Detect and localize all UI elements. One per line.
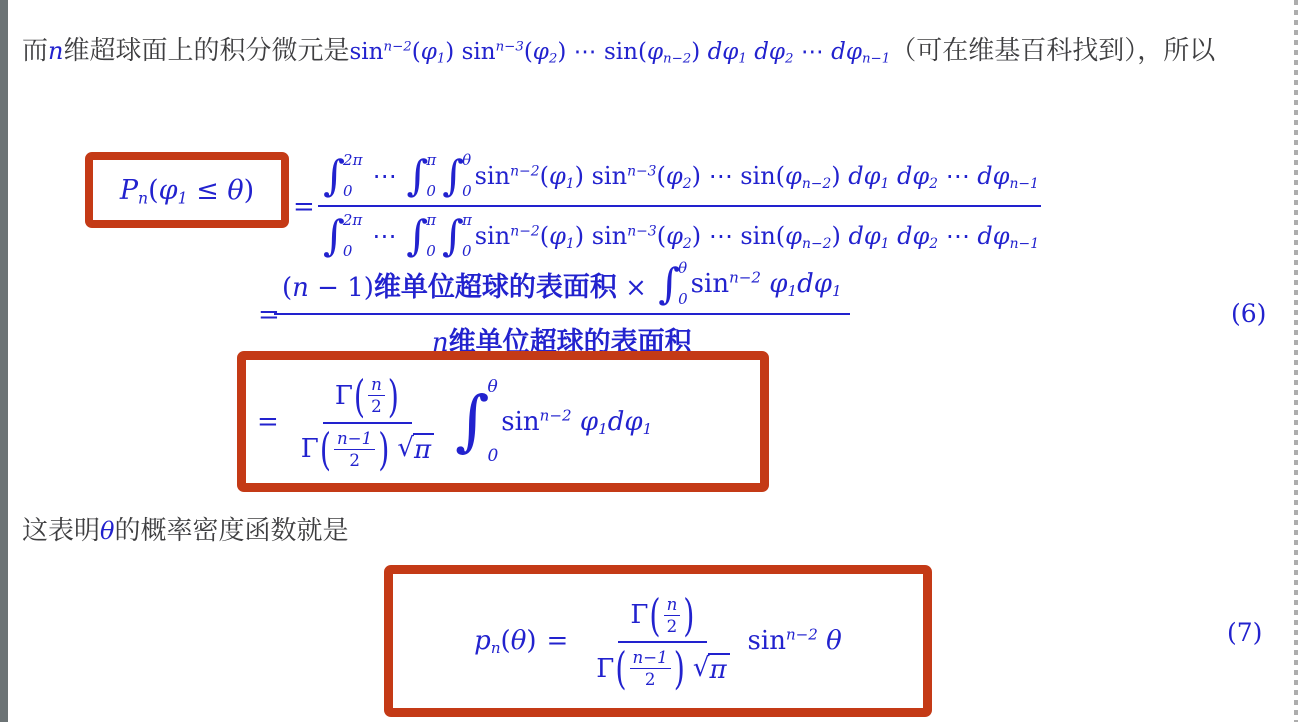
eq6-line1-equals: = [293,192,315,222]
radical-icon: √ [693,653,710,683]
left-edge-bar [0,0,8,722]
integral-icon: ∫ [442,156,464,196]
integral-0-2pi: ∫2π0 [323,152,362,200]
gamma-symbol: Γ [630,600,648,630]
eq6-lhs: Pn(φ1 ≤ θ) [120,175,254,206]
right-paren: ) [378,427,389,471]
gamma-fraction: Γ ( n2 ) Γ ( n−12 ) √π [584,593,741,690]
sfrac-bottom: 2 [371,396,382,416]
eq6-line1-denominator: ∫2π0 ⋯ ∫π0 ∫π0 sinn−2(φ1) sinn−3(φ2) ⋯ s… [318,207,1041,260]
integral-icon: ∫ [323,156,345,196]
integral-lower-limit: 0 [678,292,688,307]
eq6-line1-numerator: ∫2π0 ⋯ ∫π0 ∫θ0 sinn−2(φ1) sinn−3(φ2) ⋯ s… [318,150,1041,207]
integral-lower-limit: 0 [487,448,498,465]
left-paren: ( [354,374,365,418]
paragraph-intro: 而n维超球面上的积分微元是sinn−2(φ1) sinn−3(φ2) ⋯ sin… [22,30,1282,72]
sin-pow-phi1: sinn−2 φ1dφ1 [501,407,652,437]
gamma-fraction-numerator: Γ ( n2 ) [323,373,412,423]
annotation-box-eq6-lhs: Pn(φ1 ≤ θ) [85,152,289,228]
inline-var-n: n [48,37,63,65]
sfrac-top: n−1 [334,429,375,450]
sqrt-pi: √π [397,433,434,465]
left-paren: ( [649,593,660,637]
eq7-lhs: pn(θ) [474,626,536,656]
right-dotted-border [1294,0,1298,722]
integral-upper-limit: θ [487,379,498,396]
display-integral-0-theta: ∫θ0 [455,378,498,466]
radical-icon: √ [397,433,414,463]
cdots: ⋯ [365,222,403,250]
integral-upper-limit: 2π [343,213,362,228]
integral-icon: ∫ [455,390,489,453]
sfrac-bottom: 2 [645,669,656,689]
integral-upper-limit: 2π [343,153,362,168]
document-page: 而n维超球面上的积分微元是sinn−2(φ1) sinn−3(φ2) ⋯ sin… [0,0,1310,722]
eq7-equals: = [537,626,579,656]
equation-number-7: (7) [1227,618,1262,647]
sfrac-top: n [664,595,681,616]
sfrac-bottom: 2 [667,616,678,636]
left-paren: ( [320,427,331,471]
integral-0-theta: ∫θ0 [658,260,687,308]
radicand-pi: π [708,653,729,685]
n-minus-1-over-2: n−12 [630,648,671,689]
cdots: ⋯ [365,162,403,190]
annotation-box-eq7: pn(θ) = Γ ( n2 ) Γ ( n−12 ) √π sinn−2 θ [384,565,932,717]
integral-upper-limit: θ [678,261,688,276]
eq7-sin-tail: sinn−2 θ [748,626,842,656]
integral-lower-limit: 0 [462,184,472,199]
inline-var-theta: θ [100,517,114,545]
equation-number-6: (6) [1231,299,1266,328]
paragraph-text: 而 [22,35,48,65]
integral-lower-limit: 0 [426,244,436,259]
integral-upper-limit: π [462,213,472,228]
paragraph-text: 的概率密度函数就是 [114,515,348,545]
integral-0-pi: ∫π0 [442,212,472,260]
sin-product-chain: sinn−2(φ1) sinn−3(φ2) ⋯ sin(φn−2) dφ1 dφ… [475,222,1039,250]
integral-0-pi: ∫π0 [406,152,436,200]
sfrac-top: n [368,375,385,396]
sin-pow-phi1: sinn−2 φ1dφ1 [691,269,842,299]
eq6-line2-numerator: (n − 1)维单位超球的表面积 × ∫θ0 sinn−2 φ1dφ1 [274,258,850,315]
integral-icon: ∫ [442,216,464,256]
eq6-line2-fraction: (n − 1)维单位超球的表面积 × ∫θ0 sinn−2 φ1dφ1 n维单位… [274,258,850,359]
integral-icon: ∫ [406,216,428,256]
gamma-fraction-denominator: Γ ( n−12 ) √π [584,643,741,689]
gamma-fraction-denominator: Γ ( n−12 ) √π [289,424,446,470]
n-minus-1-over-2: n−12 [334,429,375,470]
gamma-symbol: Γ [335,381,353,411]
sqrt-pi: √π [693,653,730,685]
integral-lower-limit: 0 [462,244,472,259]
left-paren: ( [615,646,626,690]
right-paren: ) [388,374,399,418]
eq6-line1-fraction: ∫2π0 ⋯ ∫π0 ∫θ0 sinn−2(φ1) sinn−3(φ2) ⋯ s… [318,150,1041,260]
n-over-2: n2 [368,375,385,416]
gamma-symbol: Γ [596,654,614,684]
gamma-fraction-numerator: Γ ( n2 ) [618,593,707,643]
right-paren: ) [683,593,694,637]
integral-upper-limit: θ [462,153,472,168]
radicand-pi: π [413,433,434,465]
paragraph-density: 这表明θ的概率密度函数就是 [22,510,1282,551]
integral-0-theta: ∫θ0 [442,152,471,200]
paragraph-text: 维超球面上的积分微元是 [63,35,349,65]
integral-icon: ∫ [323,216,345,256]
gamma-fraction: Γ ( n2 ) Γ ( n−12 ) √π [289,373,446,470]
integral-upper-limit: π [426,213,436,228]
sfrac-top: n−1 [630,648,671,669]
integral-0-2pi: ∫2π0 [323,212,362,260]
surface-area-n-minus-1-text: (n − 1)维单位超球的表面积 × [282,265,655,304]
sin-product-chain: sinn−2(φ1) sinn−3(φ2) ⋯ sin(φn−2) dφ1 dφ… [475,162,1039,190]
paragraph-text: （可在维基百科找到），所以 [890,35,1215,65]
integral-upper-limit: π [426,153,436,168]
gamma-symbol: Γ [301,434,319,464]
sfrac-bottom: 2 [349,450,360,470]
n-over-2: n2 [664,595,681,636]
integral-lower-limit: 0 [343,184,362,199]
annotation-box-eq6-line3: = Γ ( n2 ) Γ ( n−12 ) √π ∫θ0 sinn−2 φ1dφ… [237,351,769,492]
eq6-line3-equals: = [257,407,283,437]
right-paren: ) [674,646,685,690]
paragraph-text: 这表明 [22,515,100,545]
integral-0-pi: ∫π0 [406,212,436,260]
inline-math-surface-element: sinn−2(φ1) sinn−3(φ2) ⋯ sin(φn−2) dφ1 dφ… [350,39,891,65]
integral-lower-limit: 0 [426,184,436,199]
integral-icon: ∫ [658,264,680,304]
integral-lower-limit: 0 [343,244,362,259]
